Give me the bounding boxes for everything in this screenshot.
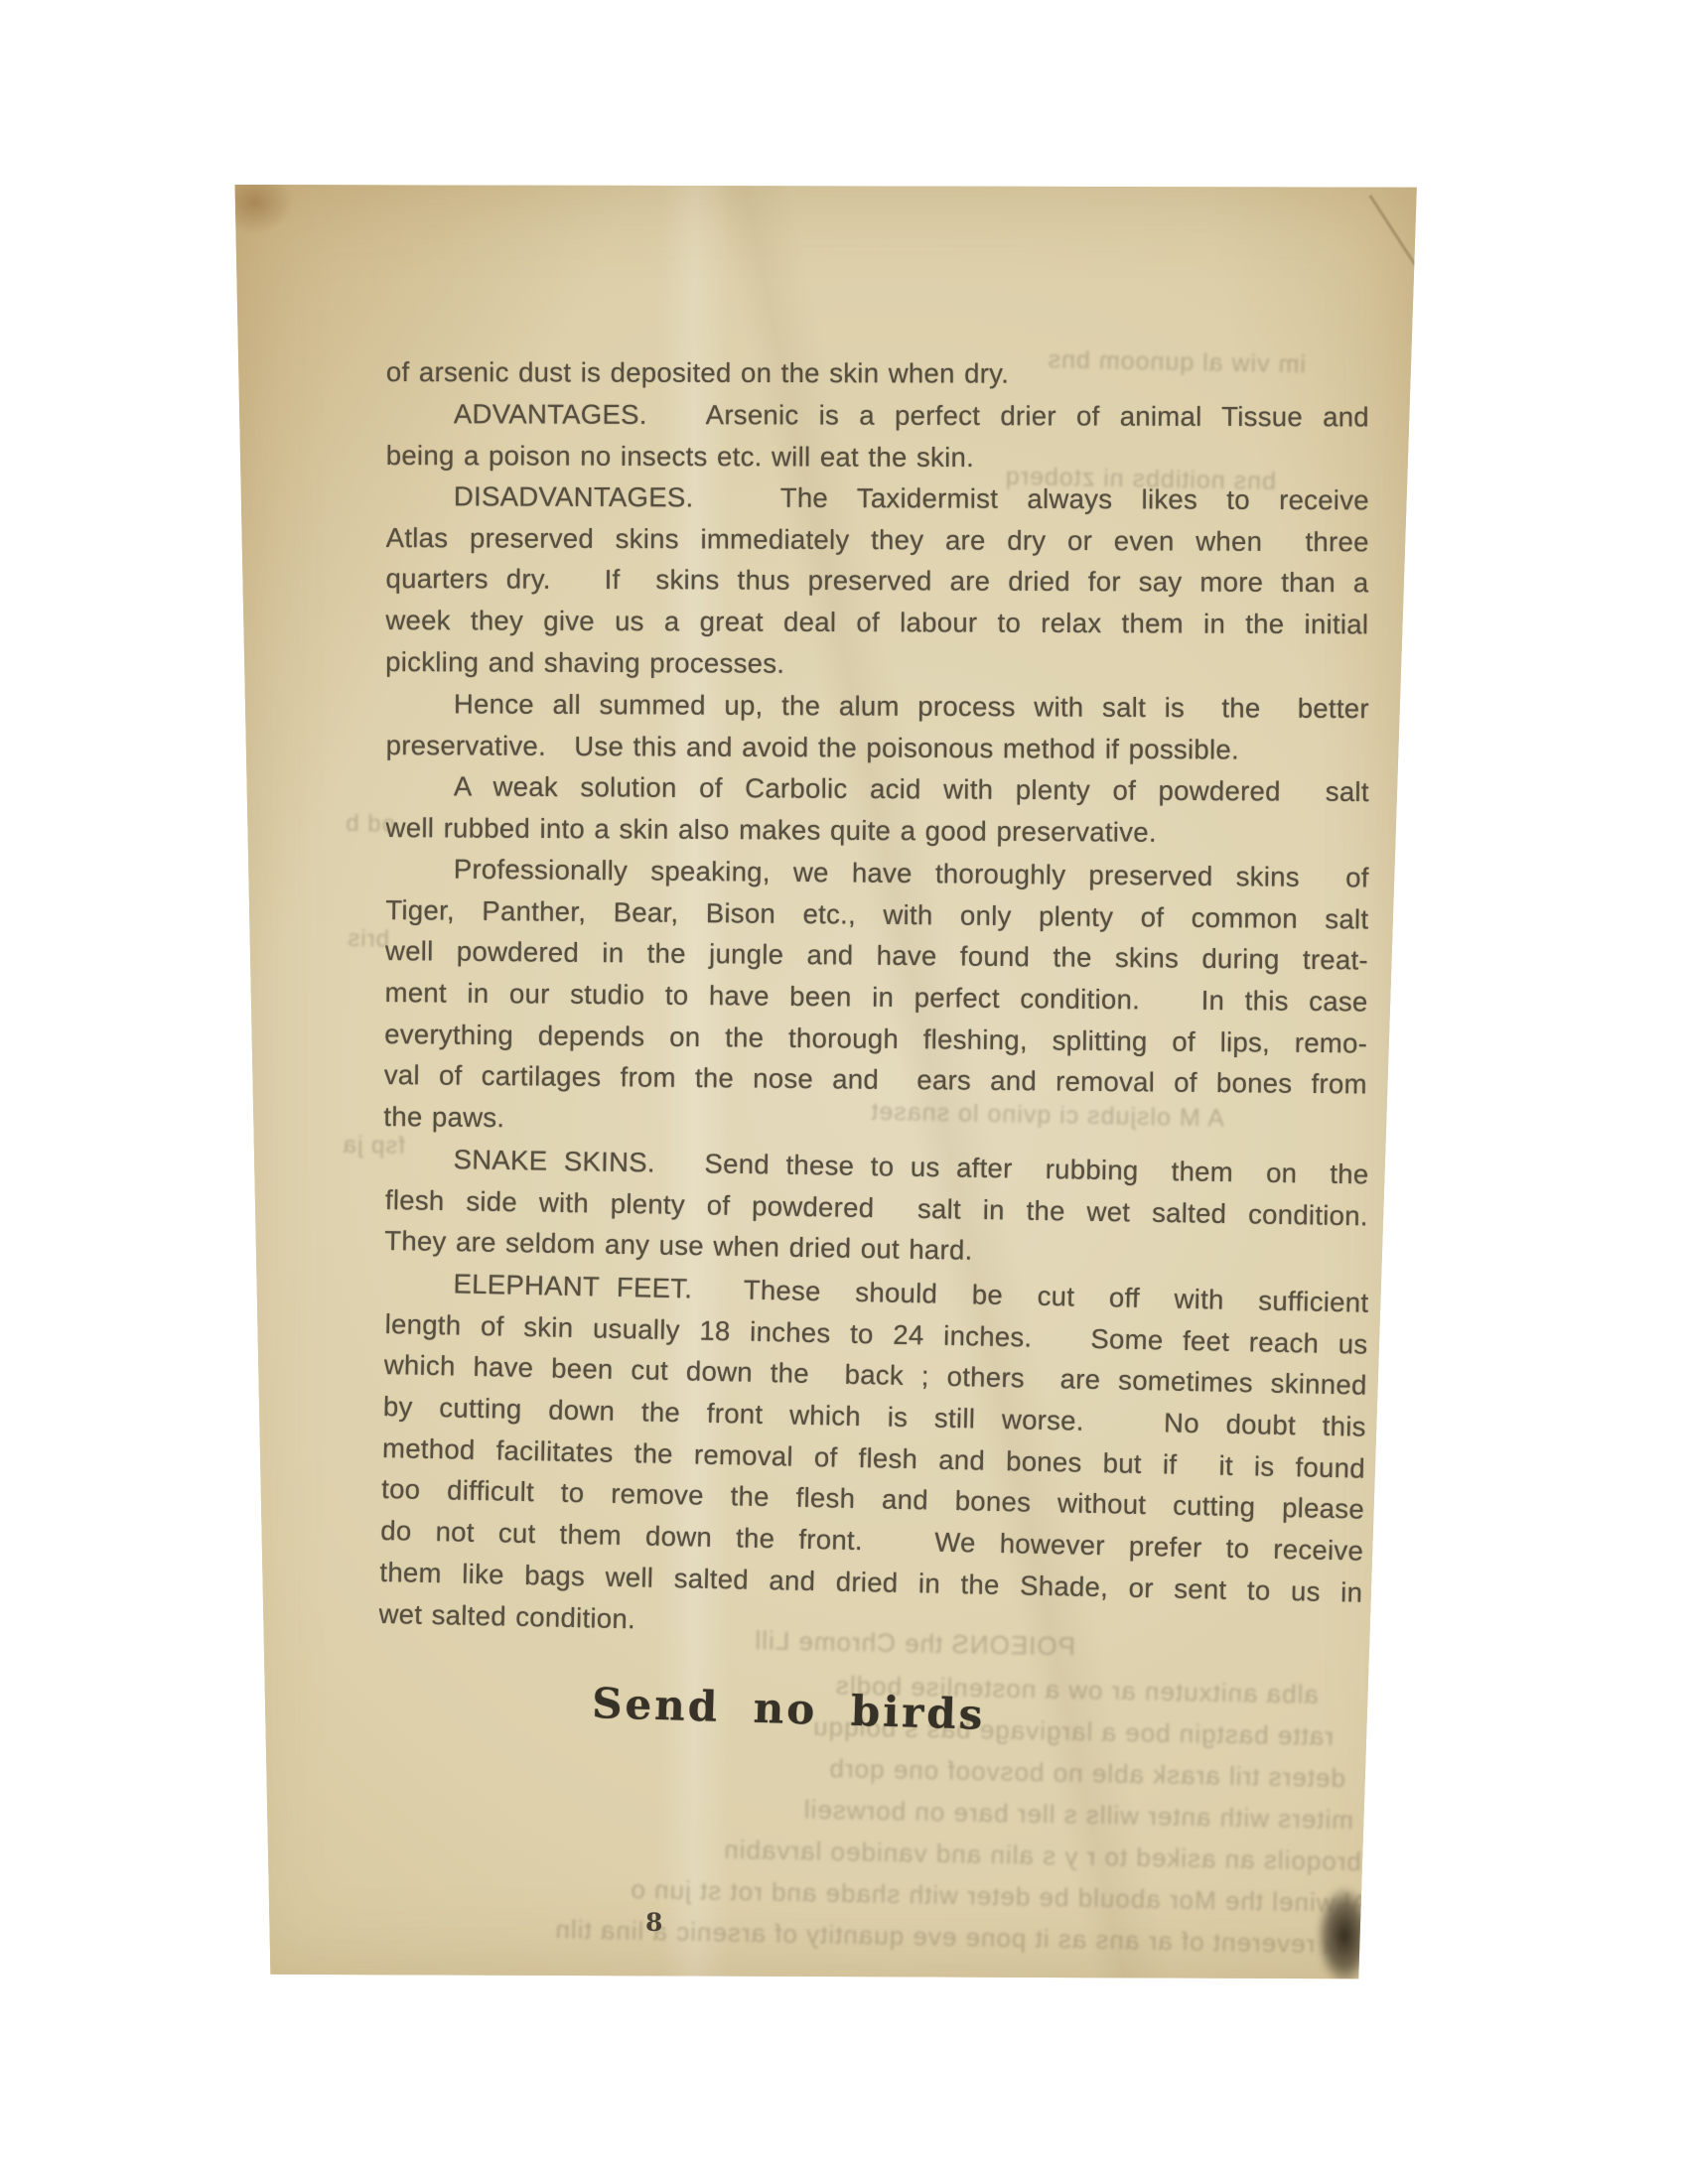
- bleed-through-text: deters tril arask able no bosvoof one qo…: [303, 1743, 1345, 1794]
- bleed-through-text: a reverent of ar ans as it pone eve quan…: [365, 1911, 1338, 1961]
- text-line: ADVANTAGES. Arsenic is a perfect drier o…: [386, 393, 1369, 438]
- text-line: quarters dry. If skins thus preserved ar…: [385, 558, 1368, 604]
- paragraph: DISADVANTAGES. The Taxidermist always li…: [385, 476, 1369, 687]
- paragraph: SNAKE SKINS. Send these to us after rubb…: [384, 1138, 1369, 1278]
- bleed-through-text: Al winel the Mor abould be deter with sh…: [316, 1868, 1368, 1919]
- text-line: Atlas preserved skins immediately they a…: [386, 517, 1369, 563]
- paragraph: A weak solution of Carbolic acid with pl…: [385, 765, 1368, 854]
- bleed-through-text: bris: [305, 924, 390, 954]
- paragraph: Professionally speaking, we have thoroug…: [383, 848, 1369, 1147]
- paragraph: ADVANTAGES. Arsenic is a perfect drier o…: [386, 393, 1369, 479]
- text-line: A weak solution of Carbolic acid with pl…: [386, 765, 1369, 813]
- page-number: 8: [645, 1908, 662, 1937]
- paragraph: Hence all summed up, the alum process wi…: [386, 683, 1369, 771]
- text-line: pickling and shaving processes.: [385, 641, 1368, 687]
- paper-corner-crease: [1368, 195, 1416, 266]
- text-line: of arsenic dust is deposited on the skin…: [386, 351, 1369, 395]
- bleed-through-text: miters with anter wills s ller bare on b…: [306, 1785, 1353, 1836]
- paragraph: of arsenic dust is deposited on the skin…: [386, 351, 1369, 395]
- paragraph: ELEPHANT FEET. These should be cut off w…: [378, 1262, 1369, 1655]
- text-block: of arsenic dust is deposited on the skin…: [386, 351, 1369, 1634]
- bleed-through-text: od b: [301, 809, 396, 839]
- text-line: week they give us a great deal of labour…: [385, 600, 1368, 645]
- text-line: preservative. Use this and avoid the poi…: [386, 724, 1369, 770]
- bleed-through-text: broqoils an asiked to r y s alin and van…: [309, 1827, 1361, 1877]
- text-line: well rubbed into a skin also makes quite…: [385, 807, 1368, 855]
- text-line: Hence all summed up, the alum process wi…: [386, 683, 1369, 730]
- scanned-paper-page: of arsenic dust is deposited on the skin…: [231, 185, 1418, 1981]
- text-line: being a poison no insects etc. will eat …: [386, 434, 1369, 478]
- text-line: DISADVANTAGES. The Taxidermist always li…: [386, 476, 1369, 521]
- photo-background: { "document": { "heading": "Send no bird…: [0, 0, 1688, 2184]
